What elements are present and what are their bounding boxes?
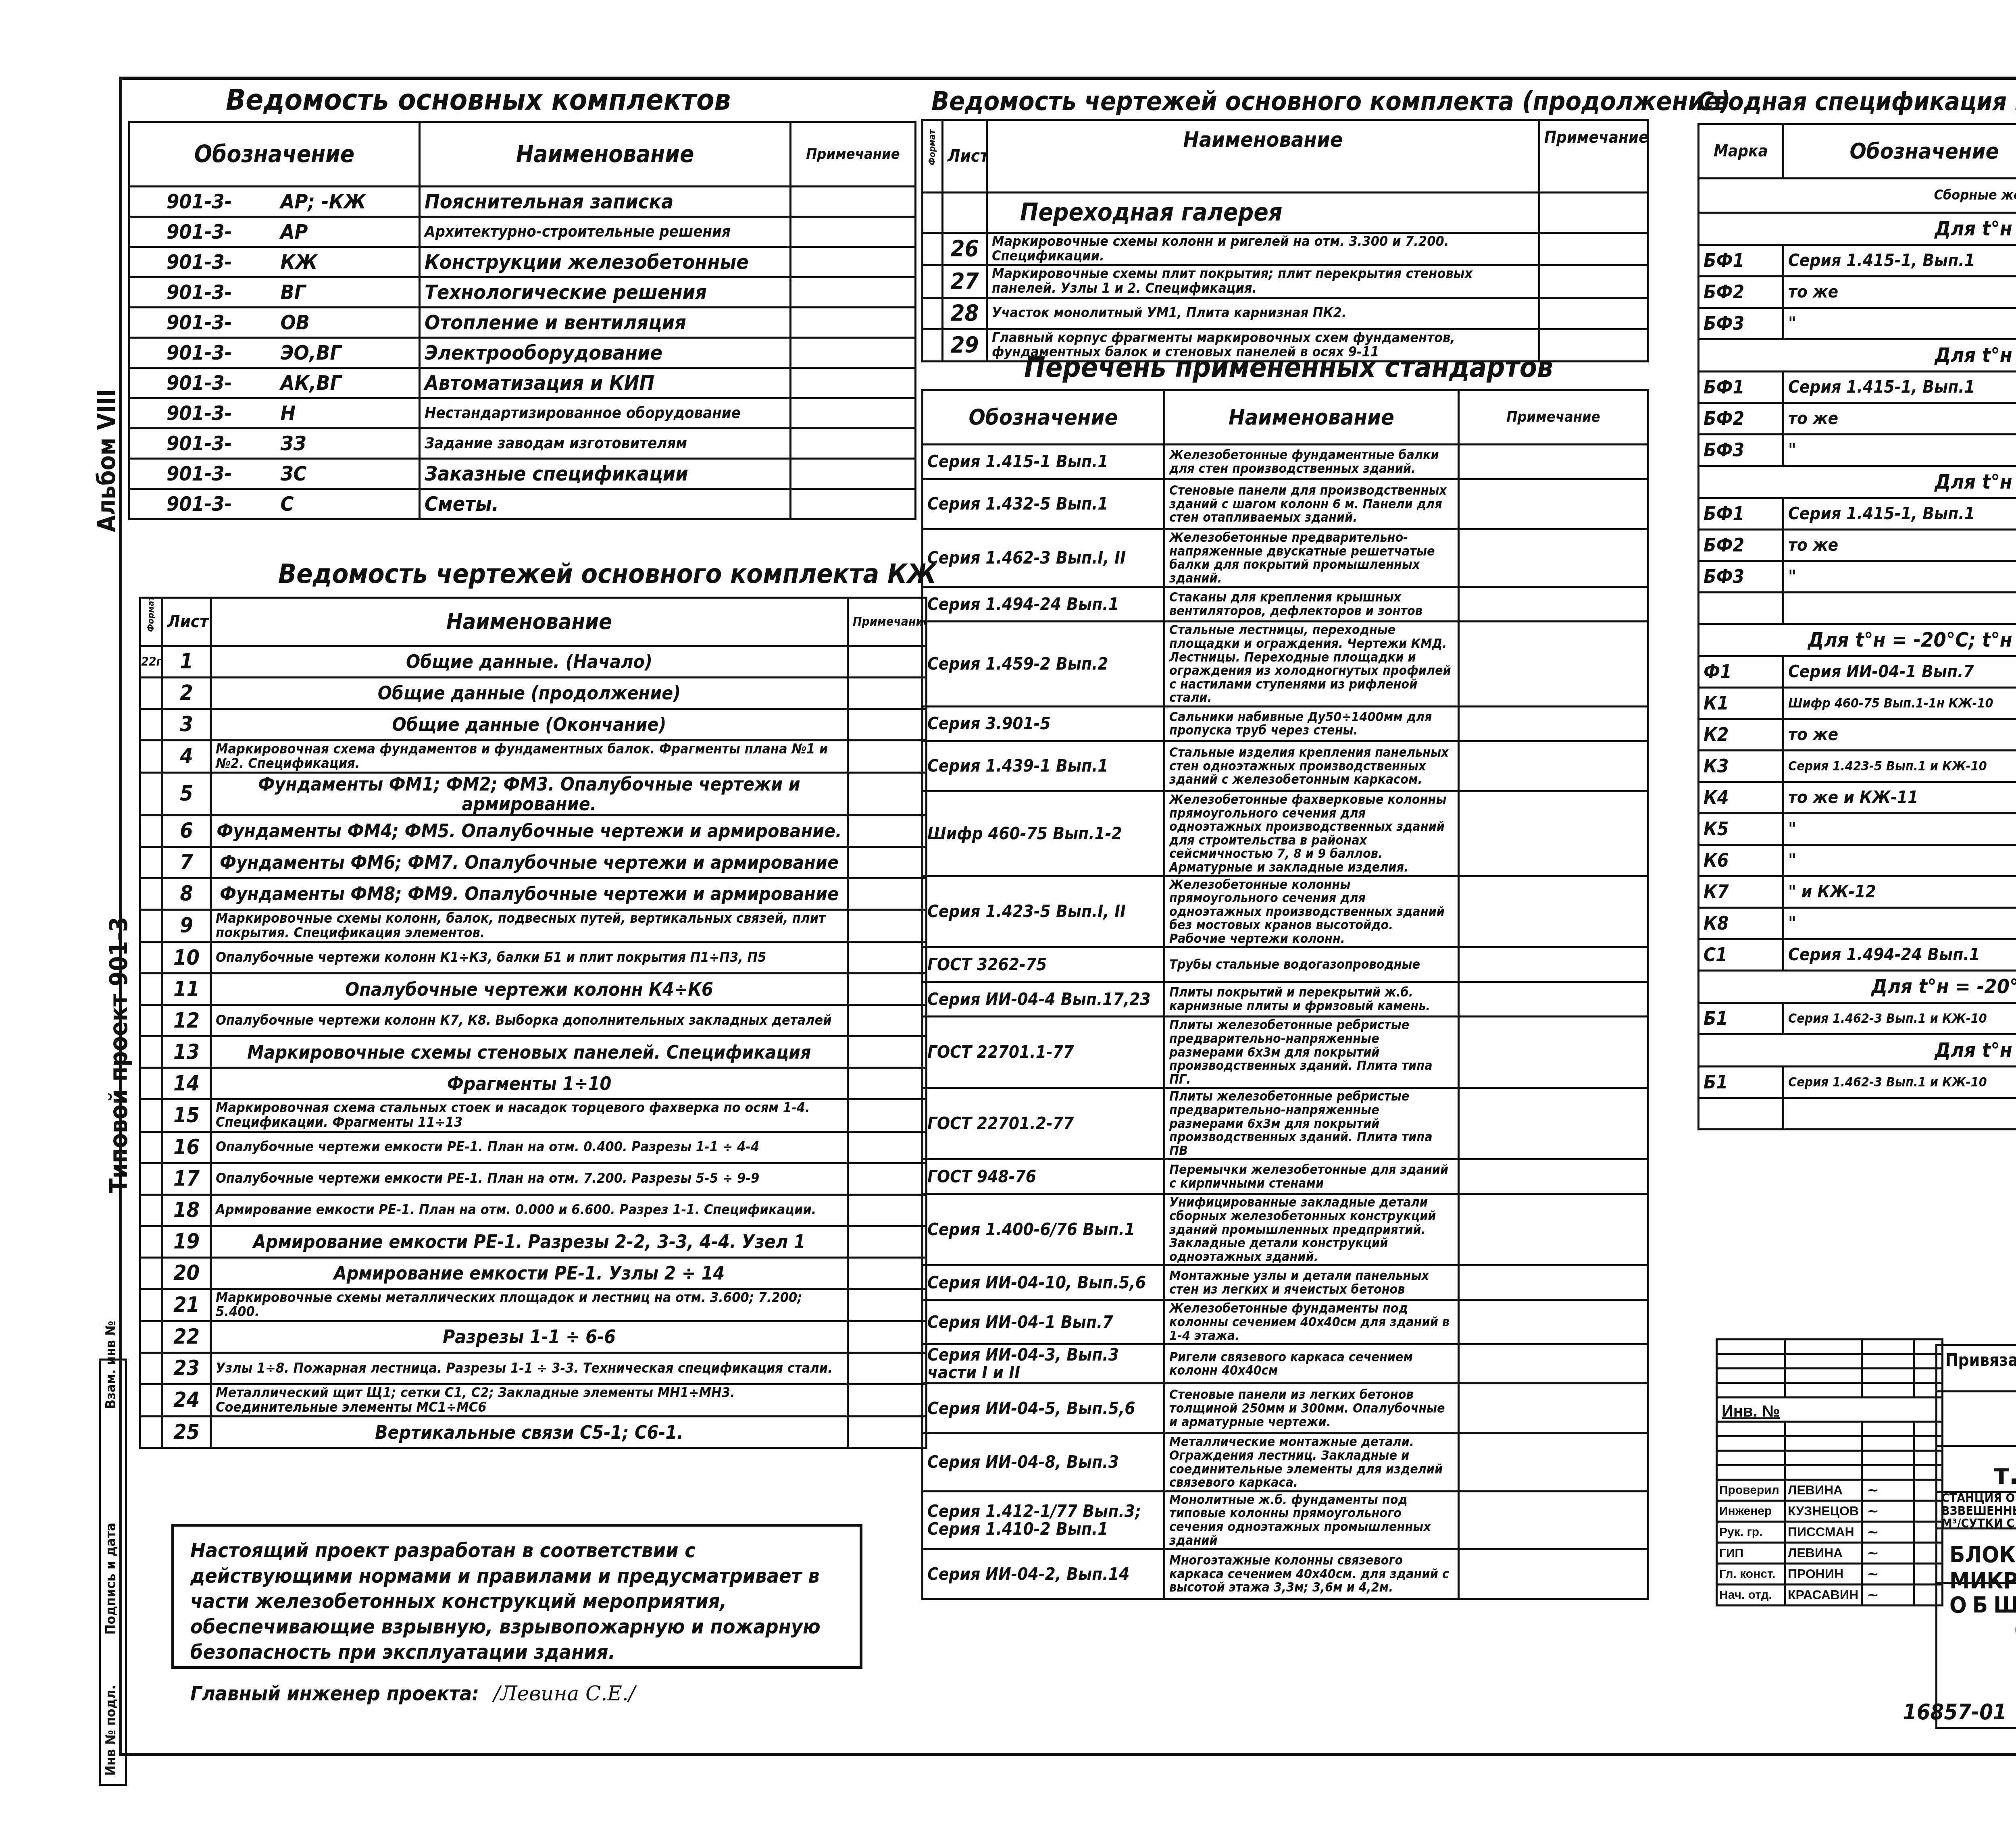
chief-engineer-line: Главный инженер проекта: /Левина С.Е./ (190, 1681, 843, 1706)
spec-code: то же (1783, 530, 2016, 561)
standards-row: ГОСТ 22701.2-77Плиты железобетонные ребр… (923, 1088, 1648, 1159)
spec-row: К1Шифр 460-75 Вып.1-1н КЖ-10Колонна КФ43… (1699, 688, 2016, 719)
standards-note (1459, 706, 1648, 741)
standards-name: Железобетонные фундаменты под колонны се… (1164, 1300, 1459, 1344)
spec-code: " (1783, 561, 2016, 593)
drawings-name: Общие данные. (Начало) (211, 646, 848, 678)
spec-row: Б1Серия 1.462-3 Вып.1 и КЖ-10Балка покры… (1699, 1067, 2016, 1098)
spec-code: Серия 1.415-1, Вып.1 (1783, 498, 2016, 530)
standards-name: Монолитные ж.б. фундаменты под типовые к… (1164, 1491, 1459, 1549)
spec-mark: БФ2 (1699, 403, 1783, 435)
drawings-row: 16Опалубочные чертежи емкости РЕ-1. План… (140, 1132, 927, 1163)
spec-mark: Ф1 (1699, 656, 1783, 688)
drawings-sheet-number: 22 (162, 1321, 211, 1353)
spec-mark: К1 (1699, 688, 1783, 719)
drawings-note (848, 1132, 927, 1163)
drawings-name: Маркировочные схемы колонн, балок, подве… (211, 909, 848, 942)
spec-group-heading: Для t°н = -20°С; t°н = -30°С; t°н = -40°… (1699, 624, 2016, 656)
standards-row: Серия 1.462-3 Вып.I, IIЖелезобетонные пр… (923, 529, 1648, 587)
kits-code: 901-3-ЗЗ (129, 429, 420, 459)
kits-note (791, 489, 916, 519)
spec-row (1699, 1098, 2016, 1130)
signer-row: ГИПЛевина~ (1717, 1543, 1943, 1564)
drawings-header-format: Формат (140, 598, 162, 646)
spec-code: Серия 1.423-5 Вып.1 и КЖ-10 (1783, 751, 2016, 782)
spec-row: Б1Серия 1.462-3 Вып.1 и КЖ-10Балка покры… (1699, 1003, 2016, 1034)
drawings-sheet-number: 8 (162, 878, 211, 909)
signer-role: ГИП (1717, 1543, 1785, 1564)
spec-code: Шифр 460-75 Вып.1-1н КЖ-10 (1783, 688, 2016, 719)
drawings-row: 14Фрагменты 1÷10 (140, 1068, 927, 1099)
spec-mark (1699, 593, 1783, 624)
standards-code: Серия 1.423-5 Вып.I, II (923, 876, 1164, 947)
drawings-note (848, 1194, 927, 1226)
kits-note (791, 459, 916, 489)
signer-row: Нач. отд.Красавин~ (1717, 1585, 1943, 1606)
spec-row: БФ3"" ФБ6-4220,7т (1699, 308, 2016, 339)
standards-note (1459, 947, 1648, 982)
spec-code: то же и КЖ-11 (1783, 782, 2016, 814)
standards-name: Железобетонные предварительно-напряженны… (1164, 529, 1459, 587)
drawings-name: Опалубочные чертежи емкости РЕ-1. План н… (211, 1163, 848, 1194)
drawings-name: Фундаменты ФМ6; ФМ7. Опалубочные чертежи… (211, 847, 848, 878)
standards-code: Серия 1.462-3 Вып.I, II (923, 529, 1164, 587)
standards-name: Железобетонные колонны прямоугольного се… (1164, 876, 1459, 947)
standards-row: Серия 3.901-5Сальники набивные Ду50÷1400… (923, 706, 1648, 741)
drawings-cont-note (1539, 265, 1648, 298)
standards-name: Металлические монтажные детали. Огражден… (1164, 1434, 1459, 1491)
drawings-row: 2Общие данные (продолжение) (140, 678, 927, 709)
drawings-header-note: Примечание (848, 598, 927, 646)
drawings-row: 17Опалубочные чертежи емкости РЕ-1. План… (140, 1163, 927, 1194)
drawings-row: 18Армирование емкости РЕ-1. План на отм.… (140, 1194, 927, 1226)
drawings-sheet-number: 5 (162, 773, 211, 816)
spec-row: БФ3"" ФБ6-4720,8т (1699, 561, 2016, 593)
drawings-name: Опалубочные чертежи емкости РЕ-1. План н… (211, 1132, 848, 1163)
drawings-format (140, 942, 162, 974)
drawings-note (848, 1321, 927, 1353)
drawings-name: Общие данные (продолжение) (211, 678, 848, 709)
drawings-note (848, 1257, 927, 1289)
drawings-sheet-number: 6 (162, 815, 211, 847)
kits-name: Сметы. (420, 489, 791, 519)
drawings-note (848, 1226, 927, 1257)
signer-row: Рук. гр.Писсман~ (1717, 1522, 1943, 1543)
drawings-sheet-number: 13 (162, 1036, 211, 1068)
side-stamp: Инв № подл. Подпись и дата Взам. инв № (99, 1359, 127, 1786)
drawings-row: 3Общие данные (Окончание) (140, 709, 927, 741)
drawings-format (140, 1257, 162, 1289)
drawings-cont-note (1539, 233, 1648, 265)
standards-header-name: Наименование (1164, 390, 1459, 445)
drawings-cont-name: Участок монолитный УМ1, Плита карнизная … (987, 298, 1539, 329)
kits-note (791, 187, 916, 217)
kits-header-note: Примечание (791, 122, 916, 187)
inv-repl-label: Взам. инв № (103, 1321, 119, 1409)
standards-row: Серия 1.412-1/77 Вып.3; Серия 1.410-2 Вы… (923, 1491, 1648, 1549)
blank-area (1937, 1392, 2016, 1447)
standards-note (1459, 1088, 1648, 1159)
drawings-sheet-number: 2 (162, 678, 211, 709)
drawings-cont-note (1539, 329, 1648, 361)
signature: ~ (1862, 1522, 1914, 1543)
spec-mark: К4 (1699, 782, 1783, 814)
signer-name: Красавин (1785, 1585, 1862, 1606)
drawings-row: 22г1Общие данные. (Начало) (140, 646, 927, 678)
drawings-sheet-number: 12 (162, 1005, 211, 1036)
standards-row: Серия ИИ-04-5, Вып.5,6Стеновые панели из… (923, 1384, 1648, 1434)
signature: ~ (1862, 1543, 1914, 1564)
kits-note (791, 368, 916, 398)
spec-row: К7" и КЖ-12" К132-5д111,4т (1699, 876, 2016, 908)
drawings-sheet-number: 20 (162, 1257, 211, 1289)
standards-code: Серия ИИ-04-8, Вып.3 (923, 1434, 1164, 1491)
standards-code: Серия ИИ-04-3, Вып.3 части I и II (923, 1344, 1164, 1384)
spec-mark: БФ3 (1699, 435, 1783, 466)
drawings-sheet-number: 7 (162, 847, 211, 878)
drawings-title: Ведомость чертежей основного комплекта К… (278, 558, 936, 589)
project-label: Типовой проект 901-3 (105, 917, 133, 1193)
standards-row: Серия 1.415-1 Вып.1Железобетонные фундам… (923, 445, 1648, 479)
kits-note (791, 277, 916, 308)
signature: ~ (1862, 1501, 1914, 1522)
spec-group-title: Сборные железобетонные и бетонные констр… (1699, 179, 2016, 213)
drawings-format (140, 815, 162, 847)
drawings-cont-format (923, 329, 943, 361)
standards-row: Серия 1.459-2 Вып.2Стальные лестницы, пе… (923, 622, 1648, 707)
standards-name: Железобетонные фахверковые колонны прямо… (1164, 791, 1459, 876)
drawings-format (140, 1353, 162, 1384)
drawings-note (848, 974, 927, 1005)
kits-name: Автоматизация и КИП (420, 368, 791, 398)
drawings-format (140, 909, 162, 942)
standards-name: Стеновые панели из легких бетонов толщин… (1164, 1384, 1459, 1434)
drawings-format (140, 678, 162, 709)
signer-role: Нач. отд. (1717, 1585, 1785, 1606)
drawings-name: Вертикальные связи С5-1; С6-1. (211, 1417, 848, 1448)
drawings-format (140, 1321, 162, 1353)
drawings-note (848, 646, 927, 678)
drawings-name: Опалубочные чертежи колонн К7, К8. Выбор… (211, 1005, 848, 1036)
kits-row: 901-3-АРАрхитектурно-строительные решени… (129, 217, 916, 247)
drawings-note (848, 709, 927, 741)
sheet-title: Общие данные (1949, 1592, 2016, 1618)
spec-mark: К7 (1699, 876, 1783, 908)
spec-code: то же (1783, 719, 2016, 751)
drawings-row: 22Разрезы 1-1 ÷ 6-6 (140, 1321, 927, 1353)
kits-table: Обозначение Наименование Примечание 901-… (128, 121, 916, 520)
drawings-note (848, 773, 927, 816)
drawings-note (848, 878, 927, 909)
kits-note (791, 429, 916, 459)
album-label: Альбом VIII (93, 389, 121, 532)
spec-code: Серия 1.462-3 Вып.1 и КЖ-10 (1783, 1003, 2016, 1034)
drawings-note (848, 741, 927, 773)
standards-code: Серия ИИ-04-4 Вып.17,23 (923, 982, 1164, 1017)
kits-name: Нестандартизированное оборудование (420, 398, 791, 429)
spec-row: К8"" К132-5е111,4т (1699, 908, 2016, 939)
spec-mark: С1 (1699, 939, 1783, 971)
drawings-format (140, 1226, 162, 1257)
kits-code: 901-3-АР (129, 217, 420, 247)
spec-row: К5"" К132-5в111,4т (1699, 814, 2016, 845)
standards-name: Стаканы для крепления крышных вентилятор… (1164, 587, 1459, 622)
kits-row: 901-3-ЗСЗаказные спецификации (129, 459, 916, 489)
drawings-name: Металлический щит Щ1; сетки С1, С2; Закл… (211, 1384, 848, 1417)
kits-note (791, 217, 916, 247)
kits-row: 901-3-КЖКонструкции железобетонные (129, 247, 916, 277)
spec-mark: БФ3 (1699, 561, 1783, 593)
standards-header-note: Примечание (1459, 390, 1648, 445)
drawings-row: 5Фундаменты ФМ1; ФМ2; ФМ3. Опалубочные ч… (140, 773, 927, 816)
spec-group-title: Для t°н = -20°С; t°н = -30°С (1699, 971, 2016, 1003)
signer-name: Левина (1785, 1480, 1862, 1501)
drawings-row: 8Фундаменты ФМ8; ФМ9. Опалубочные чертеж… (140, 878, 927, 909)
sign-date-label: Подпись и дата (103, 1523, 119, 1635)
drawings-format (140, 1163, 162, 1194)
note-text: Настоящий проект разработан в соответств… (190, 1538, 843, 1665)
drawings-format: 22г (140, 646, 162, 678)
drawings-row: 20Армирование емкости РЕ-1. Узлы 2 ÷ 14 (140, 1257, 927, 1289)
drawings-row: 13Маркировочные схемы стеновых панелей. … (140, 1036, 927, 1068)
drawings-format (140, 1384, 162, 1417)
standards-note (1459, 876, 1648, 947)
kits-note (791, 398, 916, 429)
standards-row: Серия 1.439-1 Вып.1Стальные изделия креп… (923, 741, 1648, 791)
standards-code: Серия ИИ-04-1 Вып.7 (923, 1300, 1164, 1344)
standards-code: Серия ИИ-04-10, Вып.5,6 (923, 1265, 1164, 1300)
signer-row: Гл. конст.Пронин~ (1717, 1564, 1943, 1585)
drawings-sheet-number: 14 (162, 1068, 211, 1099)
spec-code: Серия 1.462-3 Вып.1 и КЖ-10 (1783, 1067, 2016, 1098)
drawings-sheet-number: 21 (162, 1289, 211, 1321)
spec-code (1783, 1098, 2016, 1130)
spec-mark: Б1 (1699, 1003, 1783, 1034)
spec-code: Серия 1.415-1, Вып.1 (1783, 372, 2016, 403)
drawings-sheet-number: 3 (162, 709, 211, 741)
drawings-cont-format (923, 233, 943, 265)
drawings-name: Фрагменты 1÷10 (211, 1068, 848, 1099)
standards-note (1459, 529, 1648, 587)
kits-code: 901-3-ЭО,ВГ (129, 338, 420, 368)
standards-name: Унифицированные закладные детали сборных… (1164, 1194, 1459, 1265)
spec-row: БФ2то жето же ФБ6-1521,3т (1699, 277, 2016, 308)
drawings-name: Узлы 1÷8. Пожарная лестница. Разрезы 1-1… (211, 1353, 848, 1384)
drawings-cont-note (1539, 298, 1648, 329)
drawings-note (848, 1163, 927, 1194)
spec-group-heading: Сборные железобетонные и бетонные констр… (1699, 179, 2016, 213)
standards-row: Серия ИИ-04-8, Вып.3Металлические монтаж… (923, 1434, 1648, 1491)
drawings-name: Общие данные (Окончание) (211, 709, 848, 741)
standards-title: Перечень примененных стандартов (1024, 351, 1553, 384)
spec-code: Серия 1.415-1, Вып.1 (1783, 245, 2016, 277)
kits-row: 901-3-ВГТехнологические решения (129, 277, 916, 308)
project-description: Станция очистки поверхностных источников… (1937, 1491, 2016, 1529)
drawings-format (140, 1036, 162, 1068)
kits-row: 901-3-АР; -КЖПояснительная записка (129, 187, 916, 217)
standards-code: ГОСТ 948-76 (923, 1159, 1164, 1194)
spec-code: то же (1783, 403, 2016, 435)
drawings-note (848, 1353, 927, 1384)
kits-code: 901-3-ОВ (129, 308, 420, 338)
spec-code: Серия ИИ-04-1 Вып.7 (1783, 656, 2016, 688)
kits-code: 901-3-Н (129, 398, 420, 429)
spec-group-heading: Для t°н = -40°С (1699, 466, 2016, 498)
standards-name: Стальные изделия крепления панельных сте… (1164, 741, 1459, 791)
standards-name: Стальные лестницы, переходные площадки и… (1164, 622, 1459, 707)
drawings-format (140, 773, 162, 816)
spec-code: " (1783, 435, 2016, 466)
drawings-row: 23Узлы 1÷8. Пожарная лестница. Разрезы 1… (140, 1353, 927, 1384)
drawings-note (848, 1099, 927, 1132)
standards-header-code: Обозначение (923, 390, 1164, 445)
drawings-note (848, 1036, 927, 1068)
drawings-format (140, 847, 162, 878)
spec-header-code: Обозначение (1783, 124, 2016, 179)
kits-name: Электрооборудование (420, 338, 791, 368)
kits-name: Пояснительная записка (420, 187, 791, 217)
kits-code: 901-3-КЖ (129, 247, 420, 277)
spec-mark: К6 (1699, 845, 1783, 876)
standards-row: Серия ИИ-04-10, Вып.5,6Монтажные узлы и … (923, 1265, 1648, 1300)
drawings-format (140, 1132, 162, 1163)
drawings-cont-section: Переходная галерея (987, 193, 1539, 233)
standards-note (1459, 1194, 1648, 1265)
drawings-name: Маркировочные схемы стеновых панелей. Сп… (211, 1036, 848, 1068)
standards-note (1459, 1300, 1648, 1344)
standards-row: ГОСТ 3262-75Трубы стальные водогазопрово… (923, 947, 1648, 982)
spec-mark: БФ3 (1699, 308, 1783, 339)
sheet-title-area: Общие данные (Начало). (1937, 1584, 2016, 1640)
standards-code: Серия 1.412-1/77 Вып.3; Серия 1.410-2 Вы… (923, 1491, 1164, 1549)
standards-name: Железобетонные фундаментные балки для ст… (1164, 445, 1459, 479)
drawings-table: Формат Лист Наименование Примечание 22г1… (139, 597, 927, 1449)
drawings-sheet-number: 11 (162, 974, 211, 1005)
kits-name: Задание заводам изготовителям (420, 429, 791, 459)
standards-code: ГОСТ 22701.2-77 (923, 1088, 1164, 1159)
standards-note (1459, 1344, 1648, 1384)
kits-code: 901-3-АК,ВГ (129, 368, 420, 398)
drawings-format (140, 1194, 162, 1226)
spec-code: Серия 1.494-24 Вып.1 (1783, 939, 2016, 971)
standards-code: Серия 1.459-2 Вып.2 (923, 622, 1164, 707)
signer-name: Кузнецов (1785, 1501, 1862, 1522)
drawings-sheet-number: 4 (162, 741, 211, 773)
spec-row: БФ1Серия 1.415-1, Вып.1Фундаментная балк… (1699, 372, 2016, 403)
standards-row: ГОСТ 948-76Перемычки железобетонные для … (923, 1159, 1648, 1194)
drawings-row: 24Металлический щит Щ1; сетки С1, С2; За… (140, 1384, 927, 1417)
drawings-header-name: Наименование (211, 598, 848, 646)
spec-code: то же (1783, 277, 2016, 308)
drawings-name: Фундаменты ФМ4; ФМ5. Опалубочные чертежи… (211, 815, 848, 847)
drawings-sheet-number: 17 (162, 1163, 211, 1194)
drawings-sheet-number: 1 (162, 646, 211, 678)
drawings-format (140, 1289, 162, 1321)
standards-row: Серия ИИ-04-2, Вып.14Многоэтажные колонн… (923, 1549, 1648, 1599)
spec-mark: К2 (1699, 719, 1783, 751)
spec-mark: К5 (1699, 814, 1783, 845)
standards-row: Шифр 460-75 Вып.1-2Железобетонные фахвер… (923, 791, 1648, 876)
signer-name: Пронин (1785, 1564, 1862, 1585)
drawings-sheet-number: 16 (162, 1132, 211, 1163)
drawings-row: 11Опалубочные чертежи колонн К4÷К6 (140, 974, 927, 1005)
standards-code: Шифр 460-75 Вып.1-2 (923, 791, 1164, 876)
spec-row: К3Серия 1.423-5 Вып.1 и КЖ-10" К132-5а21… (1699, 751, 2016, 782)
drawings-format (140, 878, 162, 909)
drawings-row: 25Вертикальные связи С5-1; С6-1. (140, 1417, 927, 1448)
signer-row: ПроверилЛевина~ (1717, 1480, 1943, 1501)
spec-mark (1699, 1098, 1783, 1130)
sheet-subtitle: (Начало). (2014, 1618, 2016, 1640)
standards-row: Серия 1.432-5 Вып.1Стеновые панели для п… (923, 479, 1648, 529)
standards-row: Серия ИИ-04-1 Вып.7Железобетонные фундам… (923, 1300, 1648, 1344)
kits-name: Архитектурно-строительные решения (420, 217, 791, 247)
spec-row: БФ1Серия 1.415-1, Вып.1Фундаментная балк… (1699, 498, 2016, 530)
spec-row: К2то жето же КФ43-1б17,95т (1699, 719, 2016, 751)
kits-note (791, 308, 916, 338)
drawings-note (848, 815, 927, 847)
drawings-header-sheet: Лист (162, 598, 211, 646)
drawings-note (848, 678, 927, 709)
note-box: Настоящий проект разработан в соответств… (171, 1524, 862, 1669)
drawings-sheet-number: 15 (162, 1099, 211, 1132)
title-block-grid: Инв. № ПроверилЛевина~ИнженерКузнецов~Ру… (1716, 1338, 1943, 1606)
signature: ~ (1862, 1564, 1914, 1585)
spec-title: Сводная спецификация к чертежам железобе… (1697, 87, 2016, 116)
archive-number: 16857-01 11 (1903, 1699, 2016, 1725)
drawings-note (848, 1005, 927, 1036)
spec-code: " (1783, 308, 2016, 339)
standards-note (1459, 1491, 1648, 1549)
chief-engineer-label: Главный инженер проекта: (190, 1682, 479, 1705)
spec-mark: Б1 (1699, 1067, 1783, 1098)
kits-title: Ведомость основных комплектов (226, 83, 731, 117)
drawings-sheet-number: 19 (162, 1226, 211, 1257)
spec-row: К6"" К132-5г111,4т (1699, 845, 2016, 876)
standards-name: Стеновые панели для производственных зда… (1164, 479, 1459, 529)
chief-engineer-name: /Левина С.Е./ (494, 1682, 635, 1705)
standards-note (1459, 479, 1648, 529)
kits-name: Заказные спецификации (420, 459, 791, 489)
drawings-name: Маркировочная схема стальных стоек и нас… (211, 1099, 848, 1132)
standards-note (1459, 982, 1648, 1017)
drawings-format (140, 1417, 162, 1448)
signer-role: Проверил (1717, 1480, 1785, 1501)
standards-name: Трубы стальные водогазопроводные (1164, 947, 1459, 982)
spec-group-title: Для t°н = -40°С (1699, 1034, 2016, 1067)
drawings-sheet-number: 25 (162, 1417, 211, 1448)
standards-table: Обозначение Наименование Примечание Сери… (921, 389, 1649, 1600)
drawings-note (848, 847, 927, 878)
drawings-name: Опалубочные чертежи колонн К4÷К6 (211, 974, 848, 1005)
drawings-row: 6Фундаменты ФМ4; ФМ5. Опалубочные чертеж… (140, 815, 927, 847)
kits-note (791, 247, 916, 277)
drawings-name: Фундаменты ФМ8; ФМ9. Опалубочные чертежи… (211, 878, 848, 909)
spec-row: БФ1Серия 1.415-1, Вып.1Фундаментная балк… (1699, 245, 2016, 277)
signature: ~ (1862, 1585, 1914, 1606)
inv-orig-label: Инв № подл. (103, 1685, 119, 1776)
standards-note (1459, 587, 1648, 622)
standards-name: Ригели связевого каркаса сечением колонн… (1164, 1344, 1459, 1384)
spec-mark: БФ1 (1699, 245, 1783, 277)
spec-row (1699, 593, 2016, 624)
spec-group-heading: Для t°н = -30°С (1699, 339, 2016, 372)
drawings-sheet-number: 24 (162, 1384, 211, 1417)
spec-group-heading: Для t°н = -20°С (1699, 213, 2016, 245)
drawing-code: т.п. 901-3-137 -КЖ (1937, 1445, 2016, 1493)
drawings-name: Маркировочная схема фундаментов и фундам… (211, 741, 848, 773)
standards-name: Плиты покрытий и перекрытий ж.б. карнизн… (1164, 982, 1459, 1017)
